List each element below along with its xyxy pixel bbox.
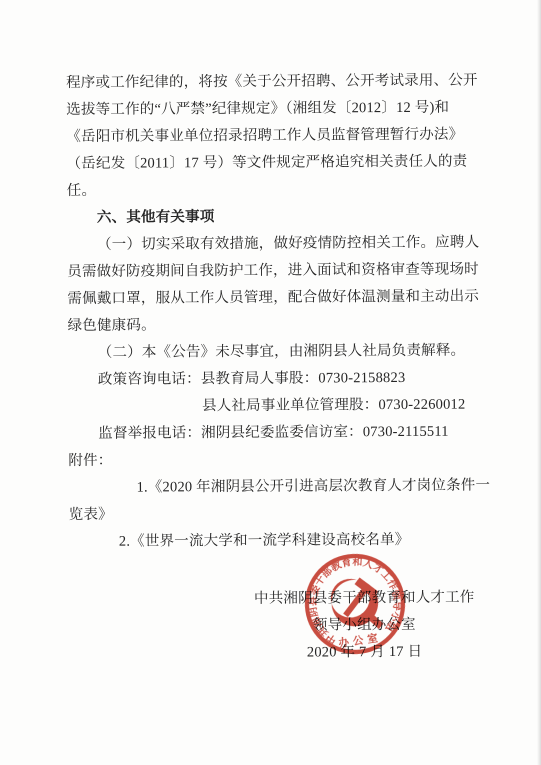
- document-line: （岳纪发〔2011〕17 号）等文件规定严格追究相关责任人的责: [66, 148, 486, 178]
- attachment-item-1: 1.《2020 年湘阴县公开引进高层次教育人才岗位条件一: [68, 472, 488, 502]
- document-line: 员需做好防疫期间自我防护工作，进入面试和资格审查等现场时: [67, 256, 487, 286]
- document-line: 《岳阳市机关事业单位招录招聘工作人员监督管理暂行办法》: [66, 121, 486, 151]
- document-line: 需佩戴口罩，服从工作人员管理，配合做好体温测量和主动出示: [67, 283, 487, 313]
- document-line: 程序或工作纪律的，将按《关于公开招聘、公开考试录用、公开: [66, 67, 486, 97]
- document-line: 选拔等工作的“八严禁”纪律规定》（湘组发〔2012〕12 号)和: [66, 94, 486, 124]
- scan-edge-shadow: [537, 0, 541, 765]
- signature-org-line2: 领导小组办公室: [253, 612, 475, 640]
- report-phone-line: 监督举报电话：湘阴县纪委监委信访室：0730-2115511: [68, 418, 488, 448]
- signature-org-line1: 中共湘阴县委干部教育和人才工作: [253, 585, 475, 613]
- document-page: 程序或工作纪律的，将按《关于公开招聘、公开考试录用、公开 选拔等工作的“八严禁”…: [0, 0, 541, 765]
- attachment-item-1-cont: 览表》: [69, 499, 489, 529]
- policy-phone-line-2: 县人社局事业单位管理股：0730-2260012: [68, 391, 488, 421]
- section-heading: 六、其他有关事项: [67, 202, 487, 232]
- document-line: （二）本《公告》未尽事宜，由湘阴县人社局负责解释。: [68, 337, 488, 367]
- document-body: 程序或工作纪律的，将按《关于公开招聘、公开考试录用、公开 选拔等工作的“八严禁”…: [66, 67, 490, 668]
- attachment-item-2: 2.《世界一流大学和一流学科建设高校名单》: [69, 526, 489, 556]
- document-line: 任。: [67, 175, 487, 205]
- attachments-label: 附件：: [68, 445, 488, 475]
- signature-date: 2020 年 7 月 17 日: [253, 639, 475, 667]
- policy-phone-line: 政策咨询电话：县教育局人事股：0730-2158823: [68, 364, 488, 394]
- document-line: （一）切实采取有效措施，做好疫情防控相关工作。应聘人: [67, 229, 487, 259]
- signature-block: 中共湘阴县委干部教育和人才工作 领导小组办公室 2020 年 7 月 17 日: [253, 585, 475, 667]
- document-line: 绿色健康码。: [67, 310, 487, 340]
